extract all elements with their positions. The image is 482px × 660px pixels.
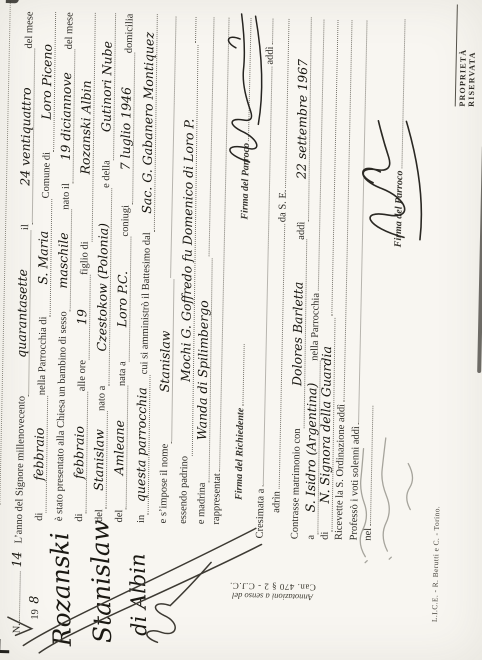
stub-flourish [9,515,270,660]
scan-corner-mark [0,639,9,653]
print-label: Comune di [41,152,53,199]
hw-giorno-nascita: 19 diciannove [58,49,76,183]
hw-mese-nascita: febbraio [71,391,89,513]
certificate-content: N. 14 19 8 Rozanski Stanislaw di Albin A… [0,0,482,660]
hw-mese: febbraio [31,395,49,513]
scanned-baptism-certificate: N. 14 19 8 Rozanski Stanislaw di Albin A… [0,0,482,660]
dotted-line [275,19,290,188]
dotted-line [199,17,215,256]
print-label: nata a [117,361,129,386]
print-label: nato il [60,183,72,210]
print-label: alle ore [77,360,89,391]
hw-nonno: Stanislaw [91,411,108,509]
print-label: Contrasse matrimonio con [290,428,303,539]
print-label: è stato presentato alla Chiesa un bambin… [54,311,69,521]
scan-corner-mark [6,0,19,3]
print-label: coniugi [120,205,132,237]
print-label: nella Parrocchia di [37,316,50,395]
hw-giorno: 24 ventiquattro [17,48,35,224]
dotted-line [232,344,244,406]
hw-nonno-materno: Amleane [111,386,129,510]
print-label: e s’impose il nome [158,444,171,524]
print-label: addì [296,222,307,240]
dotted-line [185,17,197,43]
parroco-signature-2 [342,114,435,248]
hw-parrocchia-battesimo: questa parrocchia [133,374,151,515]
hw-sacerdote: Sac. G. Gabanero Montiquez [139,14,158,233]
print-label: il [20,224,31,230]
firma-richiedente-label: Firma del Richiedente [233,408,246,500]
print-label: essendo padrino [178,456,190,524]
certificate-page: N. 14 19 8 Rozanski Stanislaw di Albin A… [0,0,482,660]
hw-comune: Loro Piceno [38,12,56,152]
print-label: del mese [64,12,76,49]
print-label: e della [101,160,113,188]
hw-madre: Gutinori Nube [98,13,116,160]
hw-sesso: maschile [55,210,72,312]
hw-ora: 19 [74,275,91,360]
hw-luogo-nascita-padre: Czestokow (Polonia) [93,188,112,386]
print-label: di [320,532,331,540]
property-notice: PROPRIETÀ RISERVATA [455,4,478,106]
hw-luogo-nascita-madre: Loro P.C. [114,236,132,361]
print-label: del mese [24,11,36,48]
print-label: cui si amministrò il Battesimo dal [139,232,153,374]
hw-padre: Rozanski Albin [77,13,96,242]
parroco-signature-1 [213,7,268,168]
hw-anno: quarantasette [13,230,31,396]
hw-parrocchia: S. Maria [35,198,53,316]
hw-data-matrimonio: 7 luglio 1946 [117,53,135,205]
print-label: figlio di [79,241,91,275]
scan-edge-smudge [477,145,482,373]
hw-nome-battesimo: Stanislaw [156,280,174,444]
print-label: da S. E. [277,189,289,222]
print-label: domicilia [124,13,136,53]
dotted-line [160,16,176,278]
print-label: adrìn [271,491,282,513]
print-label: e madrina [196,482,208,524]
pencil-annotations [343,416,434,568]
print-label: nato a [96,386,108,412]
perforation-edge [0,0,11,505]
print-label: rappresentat [211,473,223,525]
